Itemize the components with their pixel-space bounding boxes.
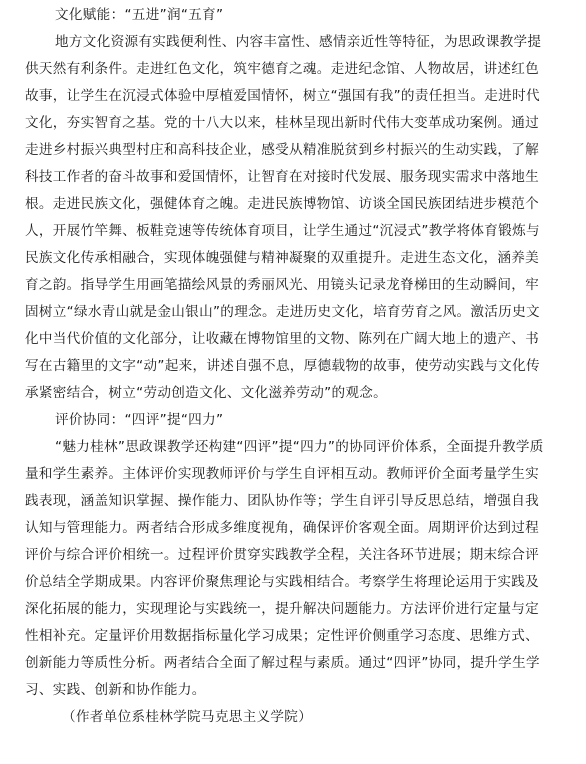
paragraph-line: 科技工作者的奋斗故事和爱国情怀，让智育在对接时代发展、服务现实需求中落地生	[25, 164, 543, 191]
paragraph-line: 文化，夯实智育之基。党的十八大以来，桂林呈现出新时代伟大变革成功案例。通过	[25, 110, 543, 137]
paragraph-line: 践表现，涵盖知识掌握、操作能力、团队协作等；学生自评引导反思总结，增强自我	[25, 488, 543, 515]
paragraph-line: 育之韵。指导学生用画笔描绘风景的秀丽风光、用镜头记录龙脊梯田的生动瞬间，牢	[25, 272, 543, 299]
paragraph-line: 根。走进民族文化，强健体育之魄。走进民族博物馆、访谈全国民族团结进步模范个	[25, 191, 543, 218]
paragraph-line: 故事，让学生在沉浸式体验中厚植爱国情怀，树立“强国有我”的责任担当。走进时代	[25, 83, 543, 110]
paragraph-line: “魅力桂林”思政课教学还构建“四评”提“四力”的协同评价体系，全面提升教学质	[25, 434, 543, 461]
article-page: 文化赋能：“五进”润“五育” 地方文化资源有实践便利性、内容丰富性、感情亲近性等…	[0, 0, 586, 731]
paragraph-line: 固树立“绿水青山就是金山银山”的理念。走进历史文化，培育劳育之风。激活历史文	[25, 299, 543, 326]
paragraph-line: 评价与综合评价相统一。过程评价贯穿实践教学全程，关注各环节进展；期末综合评	[25, 542, 543, 569]
section-heading: 文化赋能：“五进”润“五育”	[25, 2, 543, 29]
paragraph-line: 供天然有利条件。走进红色文化，筑牢德育之魂。走进纪念馆、人物故居，讲述红色	[25, 56, 543, 83]
paragraph-line: 深化拓展的能力，实现理论与实践统一，提升解决问题能力。方法评价进行定量与定	[25, 596, 543, 623]
paragraph-line: 价总结全学期成果。内容评价聚焦理论与实践相结合。考察学生将理论运用于实践及	[25, 569, 543, 596]
paragraph-line: 写在古籍里的文字“动”起来，讲述自强不息，厚德载物的故事，使劳动实践与文化传	[25, 353, 543, 380]
paragraph-line: 人，开展竹竿舞、板鞋竞速等传统体育项目，让学生通过“沉浸式”教学将体育锻炼与	[25, 218, 543, 245]
paragraph-line: 认知与管理能力。两者结合形成多维度视角，确保评价客观全面。周期评价达到过程	[25, 515, 543, 542]
paragraph-line: 创新能力等质性分析。两者结合全面了解过程与素质。通过“四评”协同，提升学生学	[25, 650, 543, 677]
section-heading: 评价协同：“四评”提“四力”	[25, 407, 543, 434]
paragraph-line: 量和学生素养。主体评价实现教师评价与学生自评相互动。教师评价全面考量学生实	[25, 461, 543, 488]
paragraph-line: 地方文化资源有实践便利性、内容丰富性、感情亲近性等特征，为思政课教学提	[25, 29, 543, 56]
paragraph-line: 习、实践、创新和协作能力。	[25, 677, 543, 704]
paragraph-line: 民族文化传承相融合，实现体魄强健与精神凝聚的双重提升。走进生态文化，涵养美	[25, 245, 543, 272]
paragraph-line: 化中当代价值的文化部分，让收藏在博物馆里的文物、陈列在广阔大地上的遗产、书	[25, 326, 543, 353]
paragraph-line: 走进乡村振兴典型村庄和高科技企业，感受从精准脱贫到乡村振兴的生动实践，了解	[25, 137, 543, 164]
paragraph-line: 性相补充。定量评价用数据指标量化学习成果；定性评价侧重学习态度、思维方式、	[25, 623, 543, 650]
paragraph-line: 承紧密结合，树立“劳动创造文化、文化滋养劳动”的观念。	[25, 380, 543, 407]
author-affiliation: （作者单位系桂林学院马克思主义学院）	[25, 704, 543, 731]
